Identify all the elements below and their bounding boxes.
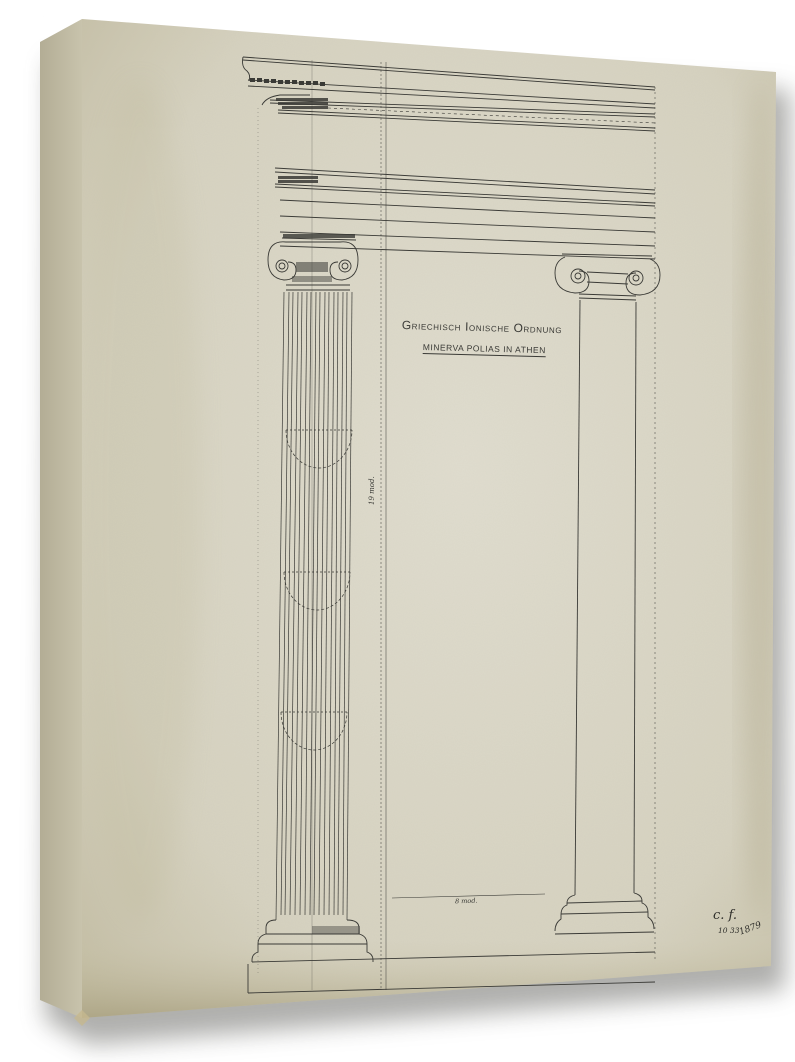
signature-date: 10 33 <box>718 926 739 935</box>
column-height-annotation: 19 mod. <box>368 476 376 505</box>
canvas-front-face <box>74 15 780 1026</box>
canvas-print: Griechisch Ionische Ordnung MINERVA POLI… <box>0 0 795 1062</box>
canvas-artwork <box>0 0 795 1062</box>
intercolumniation-annotation: 8 mod. <box>455 897 478 906</box>
signature-initials: c. f. <box>713 908 737 923</box>
